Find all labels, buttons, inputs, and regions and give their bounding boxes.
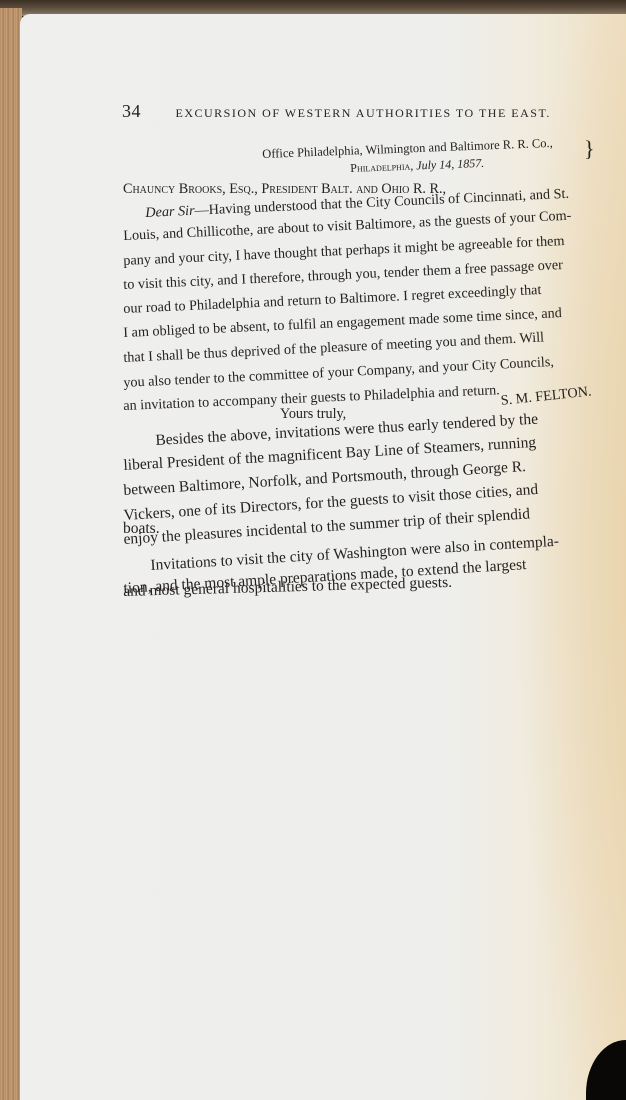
running-header: 34 EXCURSION OF WESTERN AUTHORITIES TO T…	[122, 101, 551, 122]
running-head-title: EXCURSION OF WESTERN AUTHORITIES TO THE …	[176, 106, 551, 120]
book-page-edges	[0, 8, 22, 1100]
letter-place: Philadelphia,	[350, 159, 413, 175]
paragraph-line: boats.	[123, 520, 160, 538]
page-corner-shadow	[586, 1040, 626, 1100]
letter-date: July 14, 1857.	[416, 156, 484, 173]
letter-closing: Yours truly,	[280, 406, 346, 423]
letter-salutation: Dear Sir	[145, 203, 195, 221]
page-number: 34	[122, 101, 141, 121]
letter-brace: }	[584, 136, 595, 162]
